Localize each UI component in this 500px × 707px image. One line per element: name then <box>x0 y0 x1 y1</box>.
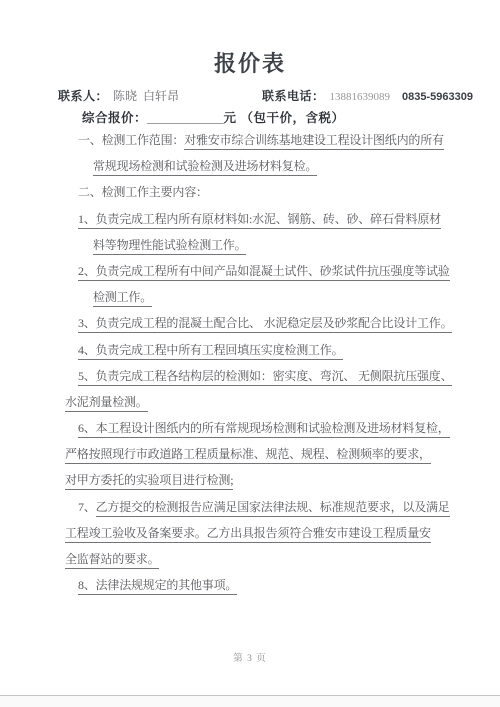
total-quote-blank-field: ___________ <box>147 111 223 125</box>
body-line: 严格按照现行市政道路工程质量标准、规范、规程、检测频率的要求， <box>0 441 500 467</box>
body-line: 水泥剂量检测。 <box>0 389 500 415</box>
total-quote-suffix: 元 （包干价，含税） <box>224 111 345 125</box>
body-line: 1、负责完成工程内所有原材料如:水泥、钢筋、砖、砂、碎石骨料原材 <box>0 206 500 232</box>
contact-phone-mobile: 13881639089 <box>330 91 391 103</box>
body-line: 8、法律法规规定的其他事项。 <box>0 572 500 598</box>
contact-phone-landline: 0835-5963309 <box>402 91 473 103</box>
body-line: 对甲方委托的实验项目进行检测; <box>0 467 500 493</box>
body-line: 3、负责完成工程的混凝土配合比、 水泥稳定层及砂浆配合比设计工作。 <box>0 310 500 336</box>
contact-person-label: 联系人： <box>58 89 108 103</box>
document-body: 一、检测工作范围：对雅安市综合训练基地建设工程设计图纸内的所有 常规现场检测和试… <box>0 127 500 598</box>
body-line: 一、检测工作范围：对雅安市综合训练基地建设工程设计图纸内的所有 <box>0 127 500 153</box>
body-line: 4、负责完成工程中所有工程回填压实度检测工作。 <box>0 337 500 363</box>
body-line: 检测工作。 <box>0 284 500 310</box>
contact-phone-row: 联系电话：138816390890835-5963309 <box>262 87 473 104</box>
body-line: 工程竣工验收及备案要求。乙方出具报告须符合雅安市建设工程质量安 <box>0 520 500 546</box>
body-line: 二、检测工作主要内容： <box>0 179 500 205</box>
body-line: 料等物理性能试验检测工作。 <box>0 232 500 258</box>
body-line: 2、负责完成工程所有中间产品如混凝土试件、砂浆试件抗压强度等试验 <box>0 258 500 284</box>
total-quote-label: 综合报价： <box>82 111 147 125</box>
total-quote-row: 综合报价：___________元 （包干价，含税） <box>82 108 344 126</box>
body-line: 7、乙方提交的检测报告应满足国家法律法规、标准规范要求，以及满足 <box>0 494 500 520</box>
contact-person-names: 陈晓 白轩昂 <box>113 89 179 103</box>
page-title: 报价表 <box>0 47 500 78</box>
contact-person-row: 联系人：陈晓 白轩昂 <box>58 87 179 104</box>
body-line: 5、负责完成工程各结构层的检测如：密实度、弯沉、 无侧限抗压强度、 <box>0 363 500 389</box>
quotation-document-page: 报价表 联系人：陈晓 白轩昂 联系电话：138816390890835-5963… <box>0 0 500 707</box>
body-line: 全监督站的要求。 <box>0 546 500 572</box>
page-number: 第 3 页 <box>0 650 500 664</box>
contact-phone-label: 联系电话： <box>262 89 325 103</box>
body-line: 6、本工程设计图纸内的所有常规现场检测和试验检测及进场材料复检， <box>0 415 500 441</box>
scan-edge-below <box>0 696 500 707</box>
body-line: 常规现场检测和试验检测及进场材料复检。 <box>0 153 500 179</box>
